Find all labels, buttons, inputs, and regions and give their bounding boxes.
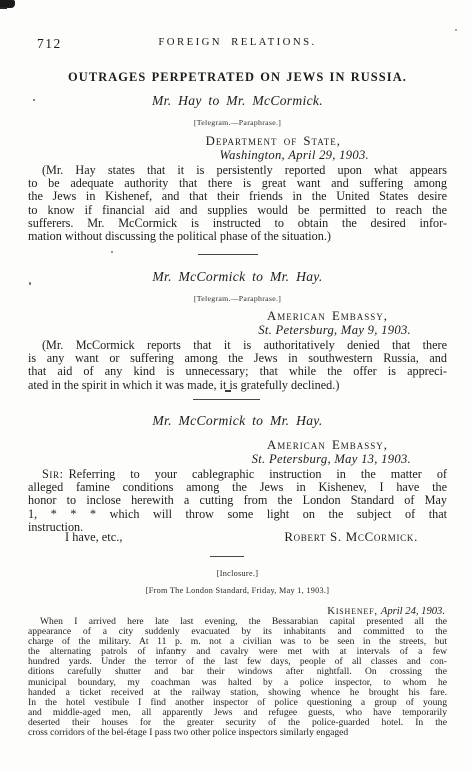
page-header: 712 FOREIGN RELATIONS. <box>28 36 447 48</box>
letter3-heading: Mr. McCormick to Mr. Hay. <box>28 413 447 429</box>
inclosure-body: When I arrived here late last evening, t… <box>28 617 447 738</box>
body-line: ated in the spirit in which it was made,… <box>28 379 447 392</box>
salutation: Sir: <box>42 467 69 481</box>
body-line: honor to inclose herewith a cutting from… <box>28 494 447 507</box>
section-divider <box>193 399 260 400</box>
letter1-tag: [Telegram.—Paraphrase.] <box>28 118 447 127</box>
body-line: mation without discussing the political … <box>28 230 447 243</box>
letter2-dateline: St. Petersburg, May 9, 1903. <box>28 323 447 338</box>
letter2-heading: Mr. McCormick to Mr. Hay. <box>28 269 447 285</box>
letter1-dateline: Washington, April 29, 1903. <box>28 148 447 163</box>
letter1-body: (Mr. Hay states that it is persistently … <box>28 164 447 243</box>
scan-dash-mark <box>225 390 231 392</box>
closing-row: I have, etc., Robert S. McCormick. <box>28 530 447 545</box>
body-line: 1, * * * which will throw some light on … <box>28 508 447 521</box>
page-number: 712 <box>37 36 62 52</box>
inclosure-line: cross corridors of the bel-étage I pass … <box>28 728 447 738</box>
letter1-office: Department of State, <box>28 134 447 149</box>
scan-speck <box>455 29 457 31</box>
letter2-tag: [Telegram.—Paraphrase.] <box>28 294 447 303</box>
letter3-office: American Embassy, <box>28 438 447 453</box>
page-content: 712 FOREIGN RELATIONS. OUTRAGES PERPETRA… <box>28 0 447 772</box>
letter3-body: Sir:Referring to your cablegraphic instr… <box>28 468 447 534</box>
inclosure-source: [From The London Standard, Friday, May 1… <box>28 586 447 595</box>
section-divider <box>198 254 258 255</box>
letter1-heading: Mr. Hay to Mr. McCormick. <box>28 93 447 109</box>
scanned-document-page: 712 FOREIGN RELATIONS. OUTRAGES PERPETRA… <box>0 0 472 772</box>
running-header: FOREIGN RELATIONS. <box>28 36 447 48</box>
closing-text: I have, etc., <box>65 530 122 544</box>
body-line: the Jews in Kishenef, and that their fri… <box>28 190 447 203</box>
signature: Robert S. McCormick. <box>284 530 418 545</box>
scan-artifact-blob <box>0 0 15 8</box>
inclosure-label: [Inclosure.] <box>28 569 447 578</box>
body-line: to know if financial aid and supplies wo… <box>28 204 447 217</box>
letter2-body: (Mr. McCormick reports that it is author… <box>28 339 447 392</box>
page-title: OUTRAGES PERPETRATED ON JEWS IN RUSSIA. <box>28 70 447 85</box>
letter3-dateline: St. Petersburg, May 13, 1903. <box>28 452 447 467</box>
letter2-office: American Embassy, <box>28 309 447 324</box>
section-divider <box>210 556 244 557</box>
body-line-text: Referring to your cablegraphic instructi… <box>69 467 447 481</box>
body-line: that aid of any kind is unnecessary; tha… <box>28 365 447 378</box>
